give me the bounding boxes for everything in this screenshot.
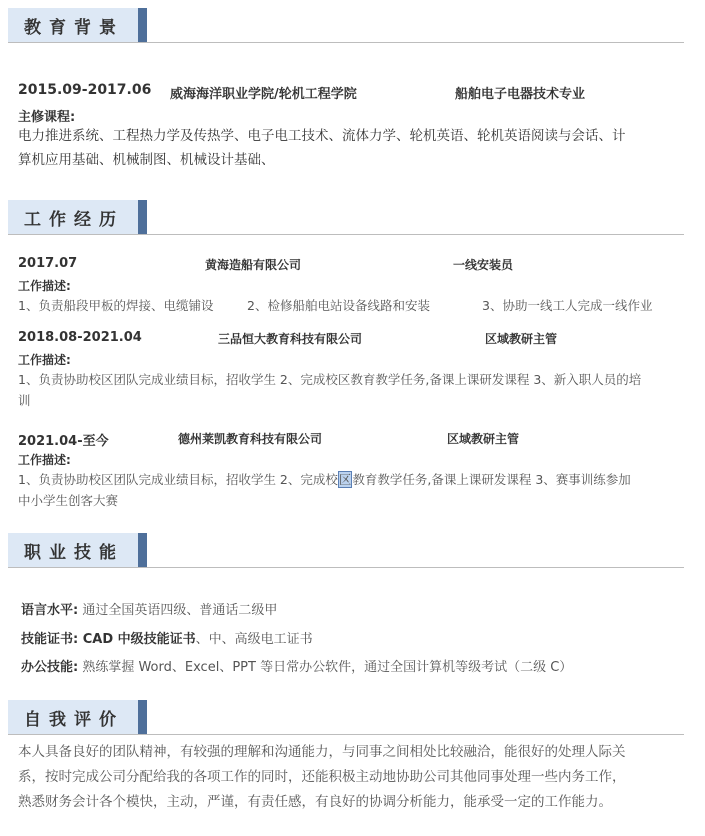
text-selection-highlight: 区 <box>338 471 353 488</box>
job-2-desc-label: 工作描述: <box>18 351 71 368</box>
section-accent-bar <box>138 700 147 734</box>
section-tab: 职业技能 <box>8 533 138 567</box>
section-header-education: 教育背景 <box>8 8 684 43</box>
section-header-skills: 职业技能 <box>8 533 684 568</box>
section-title: 自我评价 <box>24 705 124 730</box>
section-accent-bar <box>138 200 147 234</box>
job-1-position: 一线安装员 <box>453 256 513 273</box>
job-3-desc-line-1: 1、负责协助校区团队完成业绩目标，招收学生 2、完成校区教育教学任务,备课上课研… <box>18 469 631 490</box>
courses-line-2: 算机应用基础、机械制图、机械设计基础、 <box>18 148 275 172</box>
section-header-work: 工作经历 <box>8 200 684 235</box>
section-tab: 教育背景 <box>8 8 138 42</box>
skill-office-label: 办公技能: <box>21 660 78 675</box>
job-1-company: 黄海造船有限公司 <box>205 256 301 273</box>
job-3-desc-text-a: 1、负责协助校区团队完成业绩目标，招收学生 2、完成校 <box>18 472 338 487</box>
job-2-position: 区域教研主管 <box>485 330 557 347</box>
section-accent-bar <box>138 8 147 42</box>
job-1-desc-item-1: 1、负责船段甲板的焊接、电缆铺设 <box>18 295 213 316</box>
job-3-period: 2021.04-至今 <box>18 430 109 449</box>
section-title: 教育背景 <box>24 13 124 38</box>
skill-language-value: 通过全国英语四级、普通话二级甲 <box>78 603 277 618</box>
job-3-desc-label: 工作描述: <box>18 451 71 468</box>
section-tab: 工作经历 <box>8 200 138 234</box>
job-1-period: 2017.07 <box>18 256 77 271</box>
courses-label: 主修课程: <box>18 106 75 125</box>
education-school: 威海海洋职业学院/轮机工程学院 <box>170 83 357 102</box>
skill-certificate-bold: CAD 中级技能证书 <box>78 632 195 647</box>
courses-line-1: 电力推进系统、工程热力学及传热学、电子电工技术、流体力学、轮机英语、轮机英语阅读… <box>18 124 626 148</box>
job-3-company: 德州莱凯教育科技有限公司 <box>178 430 322 447</box>
skill-certificate-label: 技能证书: <box>21 632 78 647</box>
education-major: 船舶电子电器技术专业 <box>455 83 585 102</box>
section-title: 工作经历 <box>24 205 124 230</box>
job-2-desc-line-2: 训 <box>18 390 31 411</box>
skill-language-label: 语言水平: <box>21 603 78 618</box>
skill-certificate-value: 、中、高级电工证书 <box>196 632 313 647</box>
job-1-desc-label: 工作描述: <box>18 277 71 294</box>
skill-certificate: 技能证书: CAD 中级技能证书、中、高级电工证书 <box>21 628 313 647</box>
education-period: 2015.09-2017.06 <box>18 82 151 98</box>
evaluation-line-1: 本人具备良好的团队精神，有较强的理解和沟通能力，与同事之间相处比较融洽，能很好的… <box>18 740 626 765</box>
job-2-period: 2018.08-2021.04 <box>18 330 142 345</box>
section-header-evaluation: 自我评价 <box>8 700 684 735</box>
job-3-position: 区域教研主管 <box>447 430 519 447</box>
section-title: 职业技能 <box>24 538 124 563</box>
skill-language: 语言水平: 通过全国英语四级、普通话二级甲 <box>21 599 277 618</box>
job-1-desc-item-3: 3、协助一线工人完成一线作业 <box>482 295 652 316</box>
section-tab: 自我评价 <box>8 700 138 734</box>
section-accent-bar <box>138 533 147 567</box>
skill-office-value: 熟练掌握 Word、Excel、PPT 等日常办公软件，通过全国计算机等级考试（… <box>78 660 572 675</box>
job-3-desc-text-b: 教育教学任务,备课上课研发课程 3、赛事训练参加 <box>352 472 630 487</box>
job-1-desc-item-2: 2、检修船舶电站设备线路和安装 <box>247 295 430 316</box>
job-2-company: 三品恒大教育科技有限公司 <box>218 330 362 347</box>
job-2-desc-line-1: 1、负责协助校区团队完成业绩目标，招收学生 2、完成校区教育教学任务,备课上课研… <box>18 369 641 390</box>
skill-office: 办公技能: 熟练掌握 Word、Excel、PPT 等日常办公软件，通过全国计算… <box>21 656 572 675</box>
evaluation-line-3: 熟悉财务会计各个模快，主动，严谨，有责任感，有良好的协调分析能力，能承受一定的工… <box>18 790 612 815</box>
evaluation-line-2: 系，按时完成公司分配给我的各项工作的同时，还能积极主动地协助公司其他同事处理一些… <box>18 765 626 790</box>
job-3-desc-line-2: 中小学生创客大赛 <box>18 490 118 511</box>
